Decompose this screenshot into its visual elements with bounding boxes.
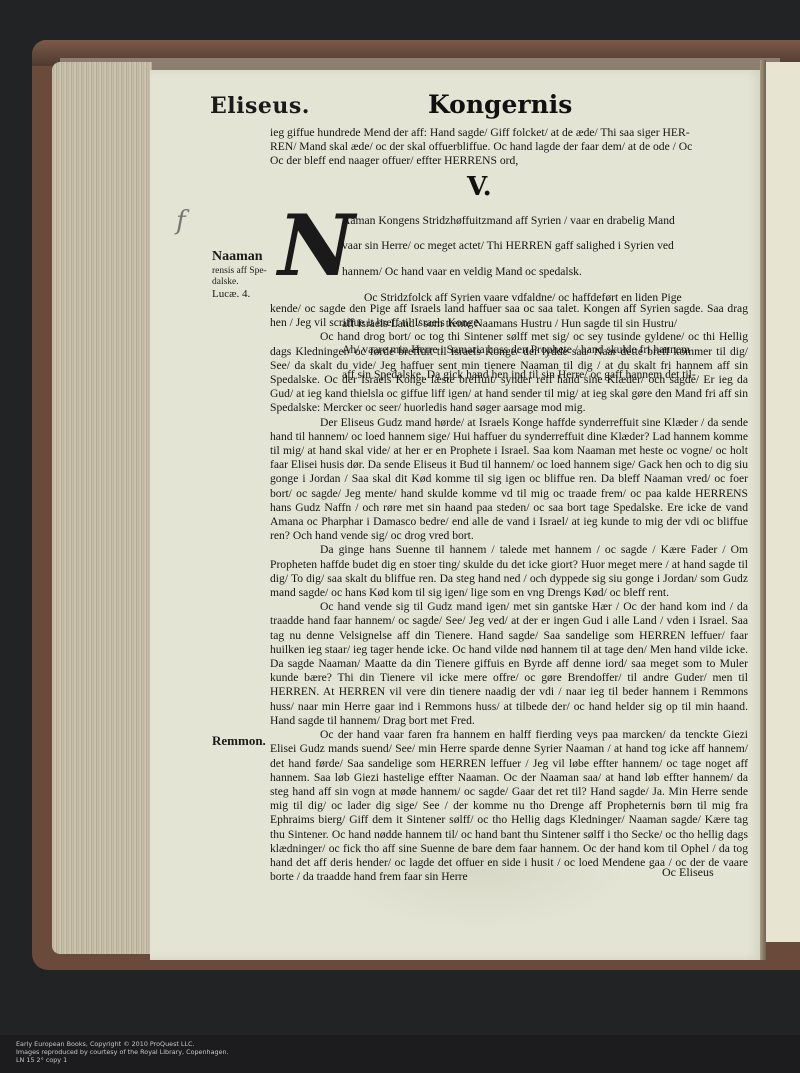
text-line: Aaman Kongens Stridzhøffuitzmand aff Syr… [342, 214, 748, 228]
marginal-note-naaman-title: Naaman [212, 249, 263, 265]
paragraph: Der Eliseus Gudz mand hørde/ at Israels … [270, 416, 748, 544]
marginal-note-remmon: Remmon. [212, 733, 266, 749]
text-line: vaar sin Herre/ oc meget actet/ Thi HERR… [342, 239, 748, 253]
text-line: Oc der bleff end naager offuer/ effter H… [270, 154, 748, 168]
paragraph: Oc der hand vaar faren fra hannem en hal… [270, 728, 748, 884]
copyright-footer: Early European Books, Copyright © 2010 P… [16, 1040, 229, 1064]
marginal-reference: Lucæ. 4. [212, 288, 250, 300]
running-head-left: Eliseus. [210, 93, 310, 119]
text-line: ieg giffue hundrede Mend der aff: Hand s… [270, 126, 748, 140]
running-head-center: Kongernis [428, 90, 572, 119]
opening-lines: ieg giffue hundrede Mend der aff: Hand s… [270, 126, 748, 169]
book-gutter [760, 60, 766, 960]
dropcap-initial: N [278, 204, 336, 288]
footer-line: LN 15 2° copy 1 [16, 1056, 229, 1064]
footer-line: Images reproduced by courtesy of the Roy… [16, 1048, 229, 1056]
text-line: REN/ Mand skal æde/ oc der skal offuerbl… [270, 140, 748, 154]
paragraph: kende/ oc sagde den Pige aff Israels lan… [270, 302, 748, 330]
catchword: Oc Eliseus [662, 865, 714, 880]
footer-line: Early European Books, Copyright © 2010 P… [16, 1040, 229, 1048]
paragraph: Oc hand vende sig til Gudz mand igen/ me… [270, 600, 748, 728]
pencil-mark: f [176, 206, 186, 236]
text-line: hannem/ Oc hand vaar en veldig Mand oc s… [342, 265, 748, 279]
facing-page [766, 62, 800, 942]
chapter-number: V. [467, 172, 492, 202]
marginal-note-naaman-line: rensis aff Spe- [212, 266, 267, 276]
paragraph: Da ginge hans Suenne til hannem / talede… [270, 543, 748, 600]
marginal-note-naaman-line: dalske. [212, 277, 239, 287]
body-text: kende/ oc sagde den Pige aff Israels lan… [270, 302, 748, 884]
page-fore-edge [52, 62, 152, 954]
paragraph: Oc hand drog bort/ oc tog thi Sintener s… [270, 330, 748, 415]
